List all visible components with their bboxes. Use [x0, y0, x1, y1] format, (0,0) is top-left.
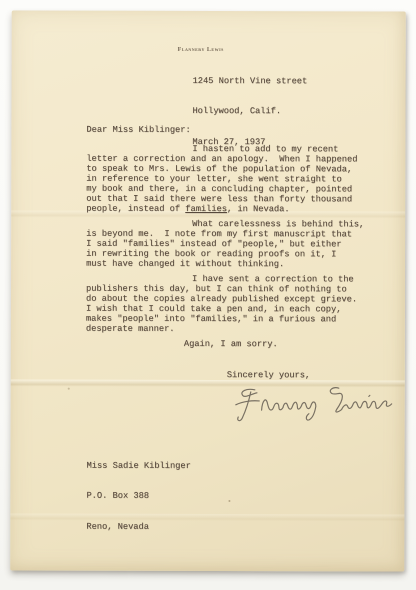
- signature-stroke: [235, 389, 260, 421]
- letterhead-name: Flannery Lewis: [178, 47, 224, 53]
- recipient-name: Miss Sadie Kiblinger: [87, 460, 191, 471]
- body-line: people, instead of families, in Nevada.: [86, 204, 368, 215]
- paragraph-2: What carelessness is behind this, is bey…: [86, 219, 368, 270]
- sender-city: Hollywood, Calif.: [192, 106, 307, 117]
- paper-speck: [228, 500, 230, 502]
- underlined-word-families: families: [185, 204, 227, 214]
- sender-street: 1245 North Vine street: [193, 76, 308, 87]
- letter-paper: Flannery Lewis 1245 North Vine street Ho…: [10, 10, 405, 571]
- paragraph-1: I hasten to add to my recent letter a co…: [86, 144, 368, 215]
- paragraph-3: I have sent a correction to the publishe…: [86, 274, 368, 335]
- body-line: must have changed it without thinking.: [86, 259, 368, 270]
- body-text-segment: people, instead of: [86, 204, 185, 214]
- recipient-po-box: P.O. Box 388: [86, 491, 190, 502]
- body-line: desperate manner.: [86, 324, 368, 335]
- salutation: Dear Miss Kiblinger:: [86, 125, 368, 136]
- fold-crease-bottom: [10, 513, 404, 521]
- scan-background: Flannery Lewis 1245 North Vine street Ho…: [0, 0, 416, 590]
- body-text-segment: , in Nevada.: [227, 204, 290, 214]
- signature-i-dot: [369, 395, 370, 396]
- closing-line: Again, I am sorry.: [86, 339, 368, 350]
- letter-body: Dear Miss Kiblinger: I hasten to add to …: [86, 125, 369, 381]
- signature-flannery-lewis: [232, 381, 397, 426]
- recipient-city: Reno, Nevada: [86, 522, 190, 533]
- recipient-address-block: Miss Sadie Kiblinger P.O. Box 388 Reno, …: [86, 440, 191, 554]
- signature-stroke: [261, 398, 316, 421]
- signature-stroke: [330, 386, 392, 412]
- paper-speck: [68, 388, 70, 390]
- signoff: Sincerely yours,: [86, 370, 368, 381]
